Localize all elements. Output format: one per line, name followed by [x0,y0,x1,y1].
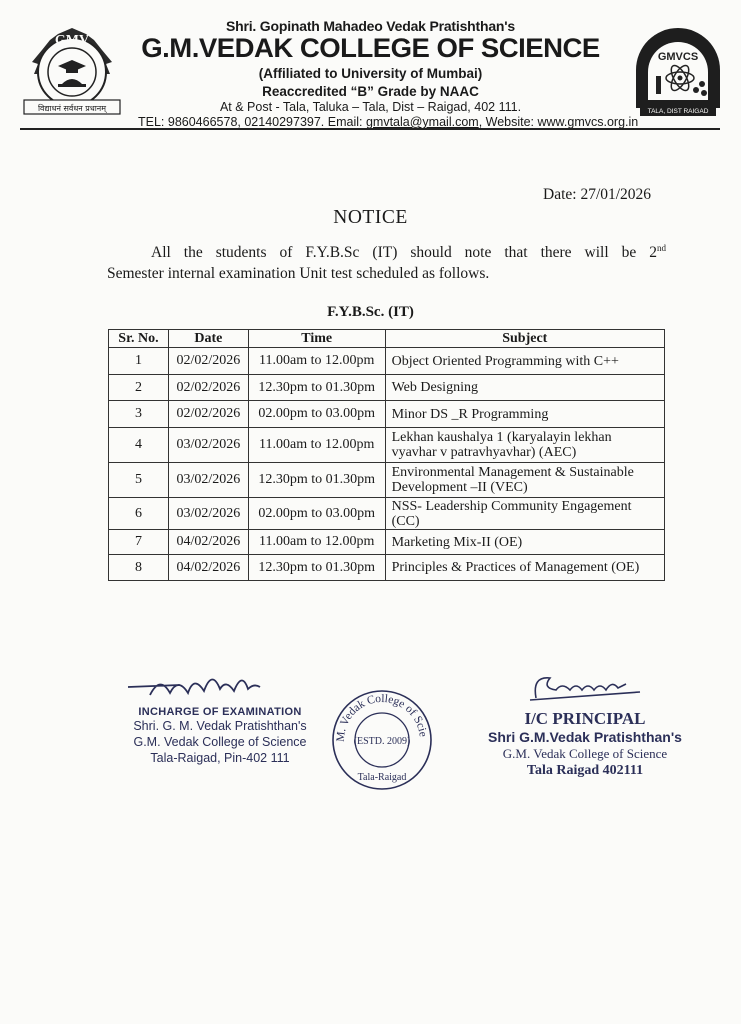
cell-time: 12.30pm to 01.30pm [248,375,385,401]
cell-time: 12.30pm to 01.30pm [248,463,385,498]
cell-sr: 1 [109,348,169,375]
affiliation: (Affiliated to University of Mumbai) [0,66,741,81]
cell-date: 03/02/2026 [168,498,248,530]
cell-time: 11.00am to 12.00pm [248,428,385,463]
schedule-table: Sr. No. Date Time Subject 102/02/202611.… [108,329,665,581]
principal-line1: Shri G.M.Vedak Pratishthan's [470,729,700,746]
cell-sr: 7 [109,530,169,555]
principal-signature-block: I/C PRINCIPAL Shri G.M.Vedak Pratishthan… [470,670,700,779]
column-header-date: Date [168,330,248,348]
exam-incharge-role: INCHARGE OF EXAMINATION [120,706,320,718]
cell-sr: 4 [109,428,169,463]
notice-date: Date: 27/01/2026 [543,186,651,204]
trust-name: Shri. Gopinath Mahadeo Vedak Pratishthan… [0,18,741,34]
table-row: 302/02/202602.00pm to 03.00pmMinor DS _R… [109,401,665,428]
exam-incharge-line3: Tala-Raigad, Pin-402 111 [120,750,320,766]
email-link[interactable]: gmvtala@ymail.com [366,115,479,129]
exam-incharge-signature-block: INCHARGE OF EXAMINATION Shri. G. M. Veda… [120,665,320,766]
table-row: 102/02/202611.00am to 12.00pmObject Orie… [109,348,665,375]
svg-text:G.M. Vedak College of Science: G.M. Vedak College of Science [330,688,429,742]
exam-incharge-line2: G.M. Vedak College of Science [120,734,320,750]
table-row: 202/02/202612.30pm to 01.30pmWeb Designi… [109,375,665,401]
header-divider [20,128,720,130]
cell-time: 11.00am to 12.00pm [248,530,385,555]
contact-line: TEL: 9860466578, 02140297397. Email: gmv… [0,115,741,129]
cell-date: 02/02/2026 [168,401,248,428]
cell-date: 04/02/2026 [168,530,248,555]
cell-date: 02/02/2026 [168,375,248,401]
cell-sr: 8 [109,555,169,581]
table-row: 603/02/202602.00pm to 03.00pmNSS- Leader… [109,498,665,530]
cell-date: 03/02/2026 [168,463,248,498]
cell-date: 02/02/2026 [168,348,248,375]
cell-time: 02.00pm to 03.00pm [248,498,385,530]
college-seal: G.M. Vedak College of Science (ESTD. 200… [330,688,434,792]
accreditation: Reaccredited “B” Grade by NAAC [0,84,741,99]
cell-subject: NSS- Leadership Community Engagement (CC… [385,498,664,530]
table-row: 503/02/202612.30pm to 01.30pmEnvironment… [109,463,665,498]
cell-date: 03/02/2026 [168,428,248,463]
column-header-time: Time [248,330,385,348]
principal-line2: G.M. Vedak College of Science [470,746,700,762]
signature-scribble-icon [470,670,700,706]
table-row: 704/02/202611.00am to 12.00pmMarketing M… [109,530,665,555]
cell-subject: Environmental Management & Sustainable D… [385,463,664,498]
notice-body-line2: Semester internal examination Unit test … [63,263,666,284]
address: At & Post - Tala, Taluka – Tala, Dist – … [0,100,741,114]
notice-body-line1: All the students of F.Y.B.Sc (IT) should… [63,238,666,263]
svg-text:Tala-Raigad: Tala-Raigad [358,772,407,783]
cell-time: 11.00am to 12.00pm [248,348,385,375]
principal-line3: Tala Raigad 402111 [470,762,700,779]
schedule-title: F.Y.B.Sc. (IT) [0,304,741,321]
cell-subject: Marketing Mix-II (OE) [385,530,664,555]
exam-incharge-line1: Shri. G. M. Vedak Pratishthan's [120,718,320,734]
cell-time: 02.00pm to 03.00pm [248,401,385,428]
cell-subject: Web Designing [385,375,664,401]
cell-sr: 2 [109,375,169,401]
cell-time: 12.30pm to 01.30pm [248,555,385,581]
cell-sr: 3 [109,401,169,428]
table-header-row: Sr. No. Date Time Subject [109,330,665,348]
contact-phones: TEL: 9860466578, 02140297397. Email: [138,115,366,129]
cell-date: 04/02/2026 [168,555,248,581]
svg-text:(ESTD. 2009): (ESTD. 2009) [354,736,411,747]
column-header-subject: Subject [385,330,664,348]
college-seal-icon: G.M. Vedak College of Science (ESTD. 200… [330,688,434,792]
cell-sr: 6 [109,498,169,530]
cell-sr: 5 [109,463,169,498]
website-text: , Website: www.gmvcs.org.in [479,115,639,129]
notice-title: NOTICE [0,207,741,229]
table-row: 804/02/202612.30pm to 01.30pmPrinciples … [109,555,665,581]
column-header-sr: Sr. No. [109,330,169,348]
cell-subject: Lekhan kaushalya 1 (karyalayin lekhan vy… [385,428,664,463]
table-row: 403/02/202611.00am to 12.00pmLekhan kaus… [109,428,665,463]
cell-subject: Minor DS _R Programming [385,401,664,428]
college-name: G.M.VEDAK COLLEGE OF SCIENCE [0,33,741,64]
cell-subject: Principles & Practices of Management (OE… [385,555,664,581]
principal-role: I/C PRINCIPAL [470,709,700,729]
cell-subject: Object Oriented Programming with C++ [385,348,664,375]
notice-body: All the students of F.Y.B.Sc (IT) should… [63,238,666,284]
signature-scribble-icon [120,665,320,705]
